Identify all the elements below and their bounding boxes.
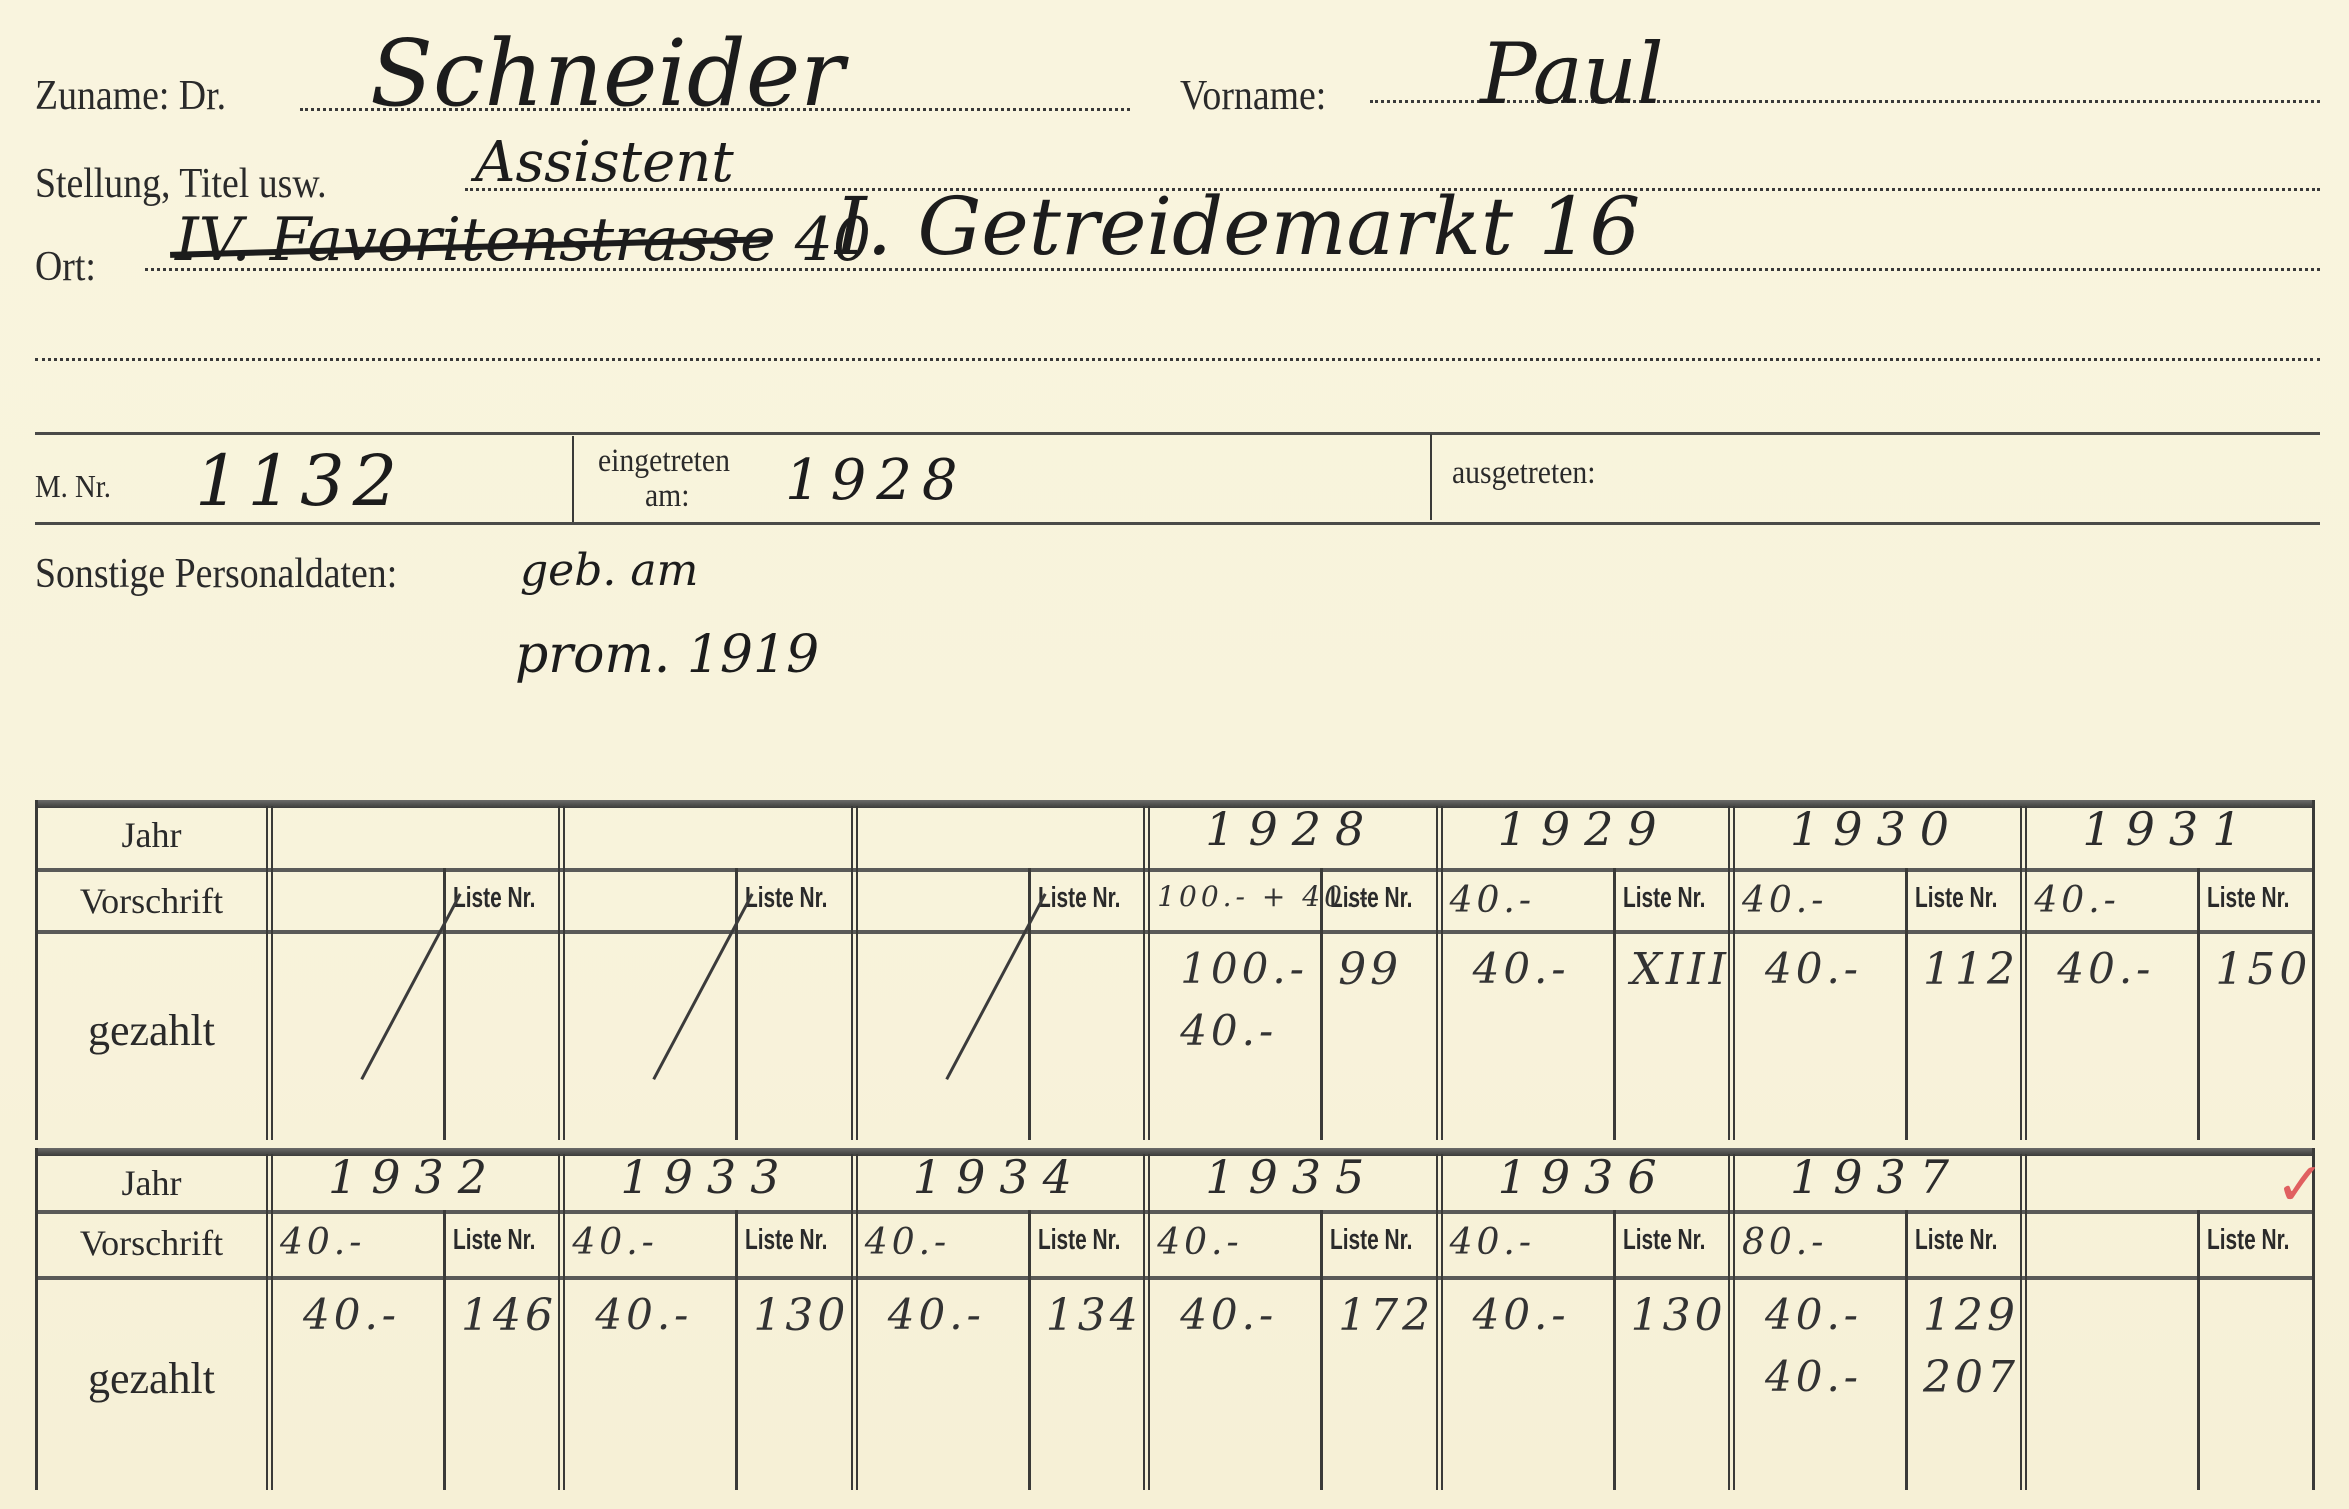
column-divider xyxy=(851,806,858,1140)
payments-table-1932-1938: JahrVorschriftgezahltListe Nr.193240.-40… xyxy=(35,1148,2315,1490)
year-value: 1931 xyxy=(2082,802,2255,856)
column-divider xyxy=(266,1154,273,1490)
row-label-gezahlt: gezahlt xyxy=(35,1005,268,1056)
row-separator xyxy=(35,930,2315,934)
stellung-label: Stellung, Titel usw. xyxy=(35,160,327,208)
row-label-vorschrift: Vorschrift xyxy=(35,880,268,922)
stellung-value: Assistent xyxy=(475,130,734,195)
vorschrift-value: 40.- xyxy=(1450,1222,1535,1263)
vorschrift-value: 40.- xyxy=(2034,880,2119,921)
liste-divider xyxy=(2197,1210,2200,1490)
liste-nr-label: Liste Nr. xyxy=(1330,1224,1412,1257)
vorschrift-value: 40.- xyxy=(572,1222,657,1263)
row-label-jahr: Jahr xyxy=(35,1162,268,1204)
liste-nr-label: Liste Nr. xyxy=(1915,1224,1997,1257)
table-top-border xyxy=(35,800,2315,808)
ort-value: I. Getreidemarkt 16 xyxy=(835,180,1640,273)
liste-nr-label: Liste Nr. xyxy=(745,882,827,915)
liste-divider xyxy=(443,1210,446,1490)
year-value: 1928 xyxy=(1205,802,1378,856)
column-divider xyxy=(1728,1154,1735,1490)
cross-out-stroke xyxy=(945,893,1046,1080)
liste-value: XIII xyxy=(1631,944,1730,995)
column-divider xyxy=(266,806,273,1140)
vorschrift-value: 40.- xyxy=(280,1222,365,1263)
eingetreten-am-label: am: xyxy=(645,478,690,515)
ort-label: Ort: xyxy=(35,243,96,291)
vorschrift-value: 40.- xyxy=(1450,880,1535,921)
liste-nr-label: Liste Nr. xyxy=(2207,1224,2289,1257)
liste-divider xyxy=(1905,868,1908,1140)
personal-line1: geb. am xyxy=(520,545,698,596)
gezahlt-value: 40.- xyxy=(888,1290,985,1339)
column-divider xyxy=(851,1154,858,1490)
liste-nr-label: Liste Nr. xyxy=(453,882,535,915)
column-divider xyxy=(2020,1154,2027,1490)
column-divider xyxy=(1143,806,1150,1140)
year-value: 1929 xyxy=(1498,802,1671,856)
gezahlt-value: 40.- xyxy=(1180,1290,1277,1339)
liste-nr-label: Liste Nr. xyxy=(453,1224,535,1257)
blank-line xyxy=(35,358,2320,361)
cross-out-stroke xyxy=(360,893,461,1080)
rule-bottom xyxy=(35,522,2320,525)
liste-divider xyxy=(1905,1210,1908,1490)
personal-label: Sonstige Personaldaten: xyxy=(35,550,397,598)
table-right-border xyxy=(2312,800,2315,1140)
row-separator xyxy=(35,1276,2315,1280)
column-divider xyxy=(2020,806,2027,1140)
liste-nr-label: Liste Nr. xyxy=(1623,882,1705,915)
gezahlt-value: 100.- xyxy=(1180,944,1308,993)
liste-value: 129 xyxy=(1923,1290,2019,1341)
liste-nr-label: Liste Nr. xyxy=(1623,1224,1705,1257)
liste-value: 150 xyxy=(2215,944,2311,995)
personal-line2: prom. 1919 xyxy=(515,625,819,685)
gezahlt-value: 40.- xyxy=(1473,1290,1570,1339)
column-divider xyxy=(1436,806,1443,1140)
gezahlt-value: 40.- xyxy=(1180,1006,1277,1055)
column-divider xyxy=(1728,806,1735,1140)
liste-nr-label: Liste Nr. xyxy=(1038,1224,1120,1257)
vorschrift-value: 100.- + 40.- xyxy=(1157,880,1372,913)
liste-value: 130 xyxy=(753,1290,849,1341)
year-value: 1935 xyxy=(1205,1150,1378,1204)
row-label-jahr: Jahr xyxy=(35,814,268,856)
liste-divider xyxy=(735,868,738,1140)
gezahlt-value: 40.- xyxy=(2057,944,2154,993)
rule-top xyxy=(35,432,2320,435)
vorname-label: Vorname: xyxy=(1180,72,1326,120)
liste-value: 99 xyxy=(1338,944,1402,995)
payments-table-1928-1931: JahrVorschriftgezahltListe Nr.Liste Nr.L… xyxy=(35,800,2315,1140)
gezahlt-value: 40.- xyxy=(1765,944,1862,993)
liste-divider xyxy=(1028,1210,1031,1490)
column-divider xyxy=(558,806,565,1140)
divider xyxy=(572,436,574,522)
liste-value: 134 xyxy=(1046,1290,1142,1341)
zuname-value: Schneider xyxy=(370,20,844,127)
column-divider xyxy=(1143,1154,1150,1490)
eingetreten-value: 1928 xyxy=(785,448,968,513)
row-label-gezahlt: gezahlt xyxy=(35,1353,268,1404)
year-value: 1932 xyxy=(328,1150,501,1204)
liste-value: 130 xyxy=(1631,1290,1727,1341)
column-divider xyxy=(1436,1154,1443,1490)
year-value: 1933 xyxy=(620,1150,793,1204)
mnr-value: 1132 xyxy=(195,440,405,522)
liste-divider xyxy=(1613,868,1616,1140)
gezahlt-value: 40.- xyxy=(303,1290,400,1339)
eingetreten-label: eingetreten xyxy=(598,443,730,480)
gezahlt-value: 40.- xyxy=(1765,1352,1862,1401)
year-value: 1930 xyxy=(1790,802,1963,856)
vorschrift-value: 40.- xyxy=(1742,880,1827,921)
liste-divider xyxy=(1320,1210,1323,1490)
liste-value: 172 xyxy=(1338,1290,1434,1341)
divider xyxy=(1430,434,1432,520)
liste-divider xyxy=(735,1210,738,1490)
liste-divider xyxy=(2197,868,2200,1140)
gezahlt-value: 40.- xyxy=(1473,944,1570,993)
membership-card: Zuname: Dr. Schneider Vorname: Paul Stel… xyxy=(0,0,2349,1509)
liste-divider xyxy=(443,868,446,1140)
vorschrift-value: 40.- xyxy=(865,1222,950,1263)
liste-divider xyxy=(1028,868,1031,1140)
cross-out-stroke xyxy=(653,893,754,1080)
year-value: 1936 xyxy=(1498,1150,1671,1204)
gezahlt-value: 40.- xyxy=(1765,1290,1862,1339)
liste-value: 146 xyxy=(461,1290,557,1341)
row-label-vorschrift: Vorschrift xyxy=(35,1222,268,1264)
gezahlt-value: 40.- xyxy=(595,1290,692,1339)
year-value: 1937 xyxy=(1790,1150,1963,1204)
liste-nr-label: Liste Nr. xyxy=(745,1224,827,1257)
liste-nr-label: Liste Nr. xyxy=(1915,882,1997,915)
mnr-label: M. Nr. xyxy=(35,468,111,505)
liste-nr-label: Liste Nr. xyxy=(1038,882,1120,915)
liste-divider xyxy=(1613,1210,1616,1490)
check-mark-icon: ✓ xyxy=(2275,1150,2325,1220)
row-separator xyxy=(35,868,2315,872)
vorname-value: Paul xyxy=(1480,25,1664,123)
liste-nr-label: Liste Nr. xyxy=(2207,882,2289,915)
zuname-label: Zuname: Dr. xyxy=(35,72,226,120)
liste-value: 112 xyxy=(1923,944,2019,995)
row-separator xyxy=(35,1210,2315,1214)
vorschrift-value: 80.- xyxy=(1742,1222,1827,1263)
liste-value: 207 xyxy=(1923,1352,2019,1403)
column-divider xyxy=(558,1154,565,1490)
vorschrift-value: 40.- xyxy=(1157,1222,1242,1263)
ausgetreten-label: ausgetreten: xyxy=(1452,455,1595,492)
year-value: 1934 xyxy=(913,1150,1086,1204)
